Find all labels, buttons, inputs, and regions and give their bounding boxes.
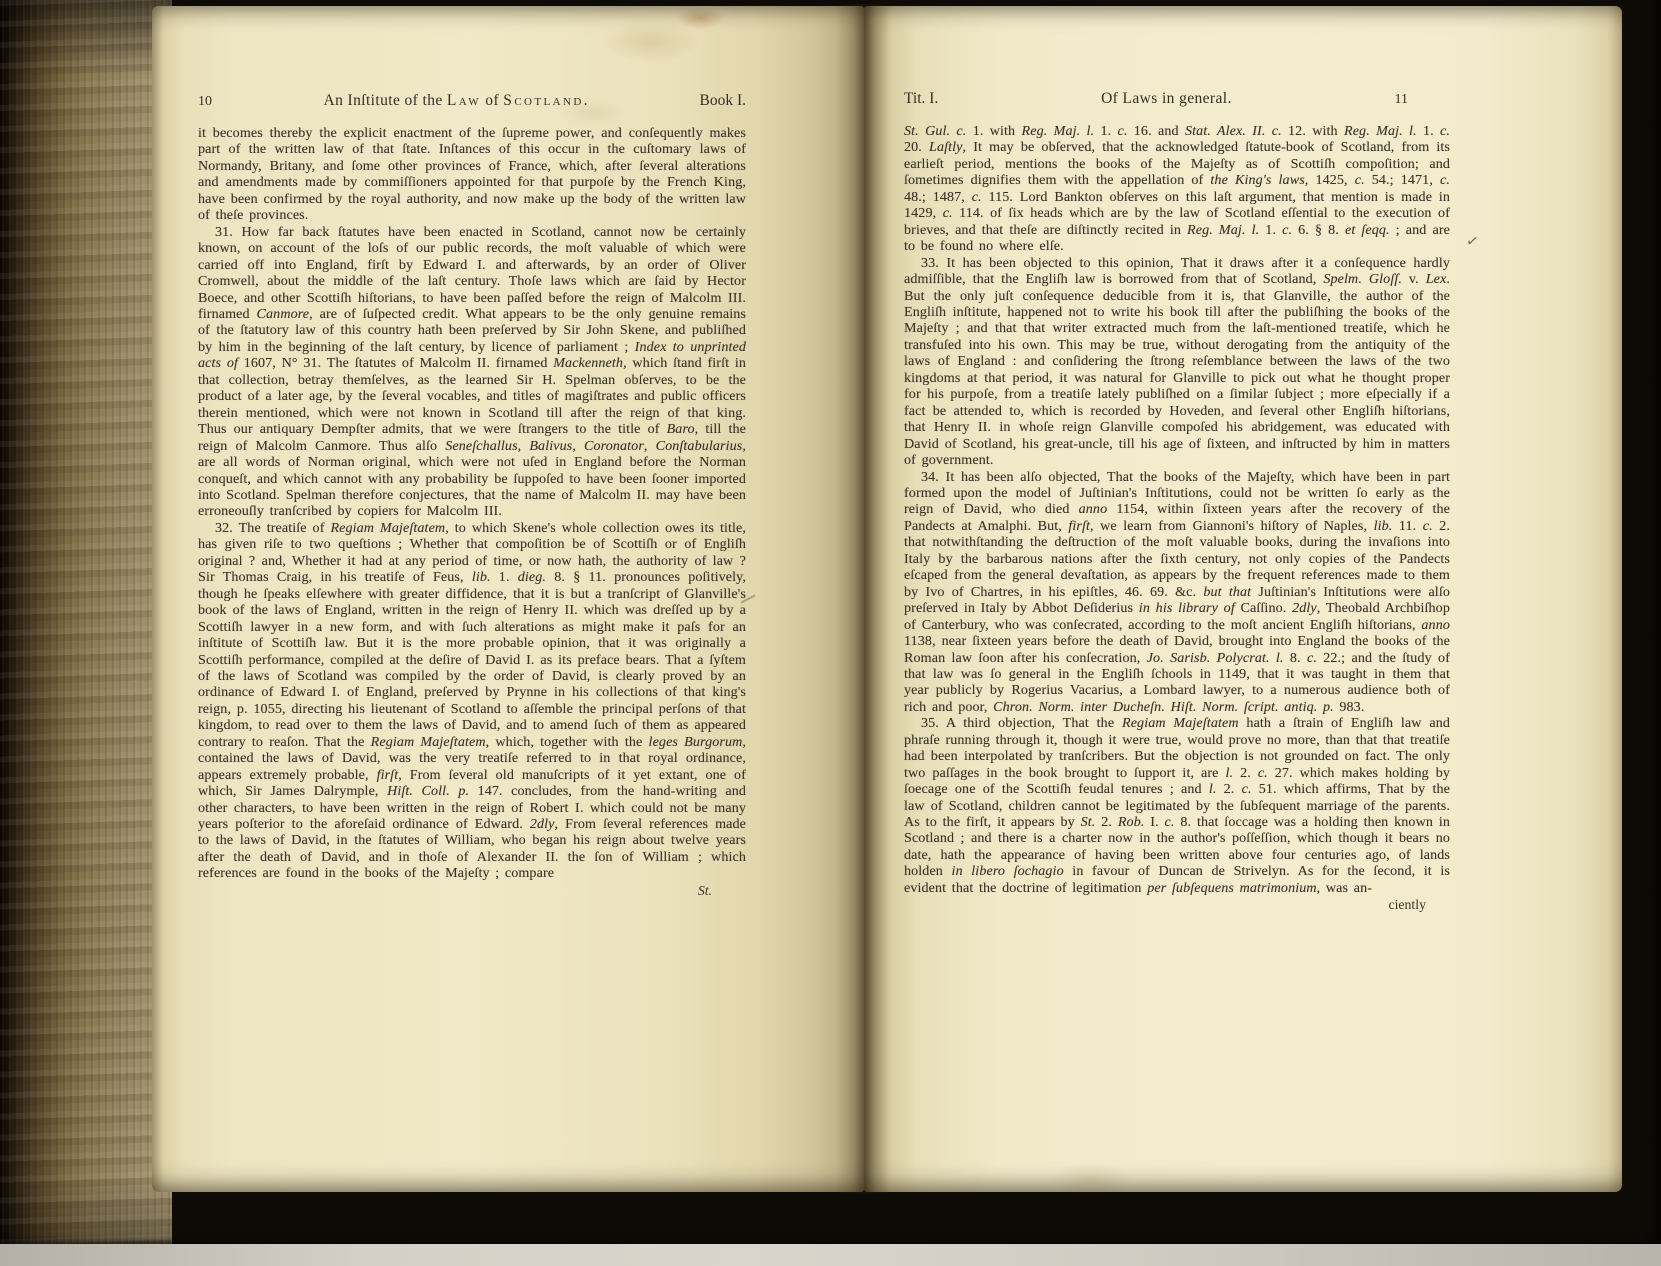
left-catchword: St.	[198, 883, 746, 899]
scanner-bed-strip	[0, 1244, 1661, 1266]
pen-tick-mark: ✓	[1464, 231, 1480, 252]
right-page-edge-shadow	[1621, 0, 1661, 1266]
paragraph: 32. The treatiſe of Regiam Majeſtatem, t…	[198, 520, 746, 882]
right-page-number: 11	[1395, 92, 1450, 108]
book-label: Book I.	[699, 92, 746, 110]
left-page: 10 An Inſtitute of the Law of Scotland. …	[152, 6, 864, 1192]
right-page-header: Tit. I. Of Laws in general. 11	[904, 90, 1450, 108]
paragraph: 34. It has been alſo objected, That the …	[904, 469, 1450, 716]
right-page: Tit. I. Of Laws in general. 11 St. Gul. …	[864, 6, 1622, 1192]
right-page-body: St. Gul. c. 1. with Reg. Maj. l. 1. c. 1…	[904, 123, 1450, 896]
left-page-number: 10	[198, 94, 212, 110]
title-abbreviation: Tit. I.	[904, 90, 938, 108]
paragraph: St. Gul. c. 1. with Reg. Maj. l. 1. c. 1…	[904, 123, 1450, 255]
paragraph: 33. It has been objected to this opinion…	[904, 255, 1450, 469]
left-running-title: An Inſtitute of the Law of Scotland.	[324, 92, 588, 110]
left-page-text-column: 10 An Inſtitute of the Law of Scotland. …	[198, 92, 746, 899]
right-catchword: ciently	[904, 897, 1450, 913]
paragraph: 31. How far back ſtatutes have been enac…	[198, 224, 746, 520]
left-page-header: 10 An Inſtitute of the Law of Scotland. …	[198, 92, 746, 110]
right-page-text-column: Tit. I. Of Laws in general. 11 St. Gul. …	[904, 90, 1450, 913]
paragraph: it becomes thereby the explicit enactmen…	[198, 125, 746, 224]
right-running-title: Of Laws in general.	[1101, 90, 1232, 108]
paragraph: 35. A third objection, That the Regiam M…	[904, 715, 1450, 896]
left-page-body: it becomes thereby the explicit enactmen…	[198, 125, 746, 882]
book-fore-edge	[0, 0, 172, 1266]
book-scan: 10 An Inſtitute of the Law of Scotland. …	[0, 0, 1661, 1266]
